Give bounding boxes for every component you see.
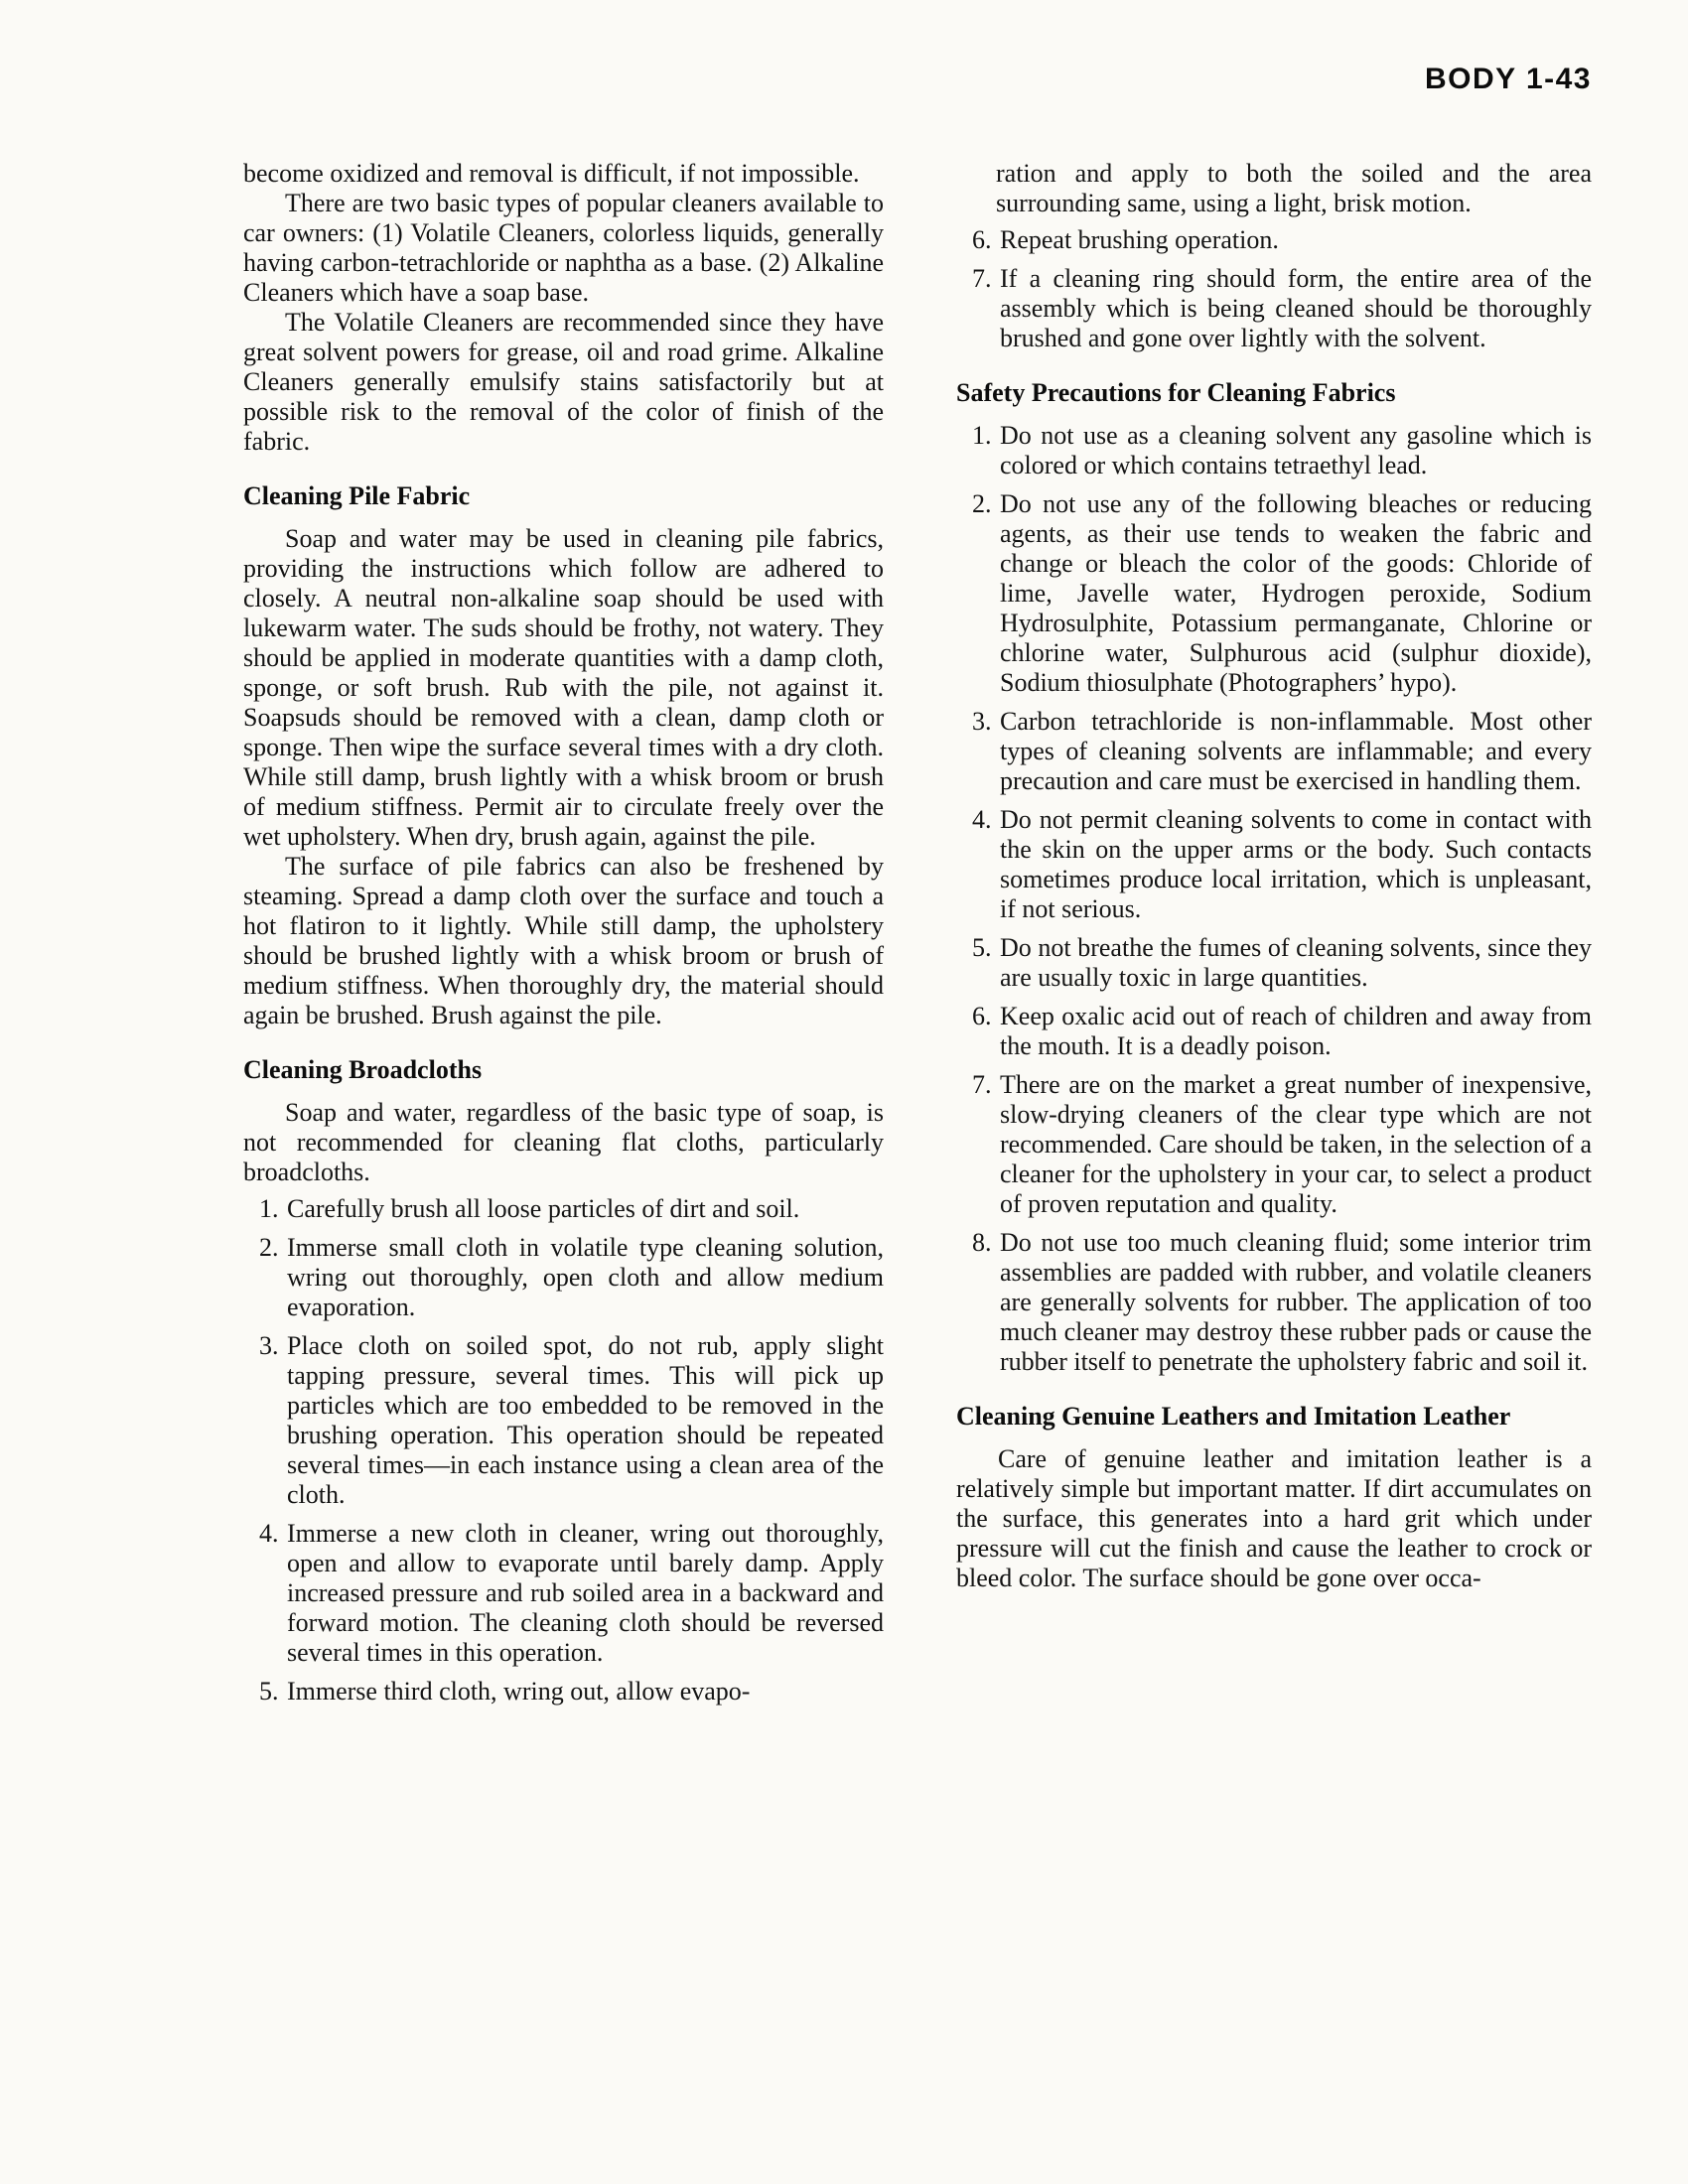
- list-item: Carbon tetrachloride is non-inflammable.…: [998, 707, 1592, 796]
- numbered-list: Repeat brushing operation.If a cleaning …: [956, 225, 1592, 353]
- numbered-list: Carefully brush all loose particles of d…: [243, 1194, 884, 1706]
- paragraph: There are two basic types of popular cle…: [243, 189, 884, 308]
- list-item: Do not permit cleaning solvents to come …: [998, 805, 1592, 924]
- list-item: Immerse third cloth, wring out, allow ev…: [285, 1677, 884, 1706]
- numbered-list: Do not use as a cleaning solvent any gas…: [956, 421, 1592, 1377]
- section-heading: Cleaning Pile Fabric: [243, 481, 884, 511]
- list-item: Immerse a new cloth in cleaner, wring ou…: [285, 1519, 884, 1668]
- paragraph: The surface of pile fabrics can also be …: [243, 852, 884, 1030]
- continuation-paragraph: ration and apply to both the soiled and …: [956, 159, 1592, 218]
- list-item: Do not breathe the fumes of cleaning sol…: [998, 933, 1592, 993]
- paragraph: Soap and water, regardless of the basic …: [243, 1098, 884, 1187]
- list-item: Do not use too much cleaning fluid; some…: [998, 1228, 1592, 1377]
- section-heading: Safety Precautions for Cleaning Fabrics: [956, 378, 1592, 408]
- list-item: Do not use any of the following bleaches…: [998, 489, 1592, 698]
- page-header: BODY 1-43: [1425, 63, 1592, 96]
- list-item: Place cloth on soiled spot, do not rub, …: [285, 1331, 884, 1510]
- paragraph: become oxidized and removal is difficult…: [243, 159, 884, 189]
- list-item: Immerse small cloth in volatile type cle…: [285, 1233, 884, 1322]
- list-item: Carefully brush all loose particles of d…: [285, 1194, 884, 1224]
- right-column: ration and apply to both the soiled and …: [956, 159, 1592, 1593]
- section-heading: Cleaning Broadcloths: [243, 1055, 884, 1085]
- list-item: Repeat brushing operation.: [998, 225, 1592, 255]
- left-column: become oxidized and removal is difficult…: [243, 159, 884, 1706]
- list-item: If a cleaning ring should form, the enti…: [998, 264, 1592, 353]
- list-item: There are on the market a great number o…: [998, 1070, 1592, 1219]
- paragraph: The Volatile Cleaners are recommended si…: [243, 308, 884, 457]
- paragraph: Care of genuine leather and imitation le…: [956, 1444, 1592, 1593]
- list-item: Do not use as a cleaning solvent any gas…: [998, 421, 1592, 480]
- manual-page: BODY 1-43 become oxidized and removal is…: [0, 0, 1688, 2184]
- paragraph: Soap and water may be used in cleaning p…: [243, 524, 884, 852]
- list-item: Keep oxalic acid out of reach of childre…: [998, 1002, 1592, 1061]
- section-heading: Cleaning Genuine Leathers and Imitation …: [956, 1402, 1592, 1432]
